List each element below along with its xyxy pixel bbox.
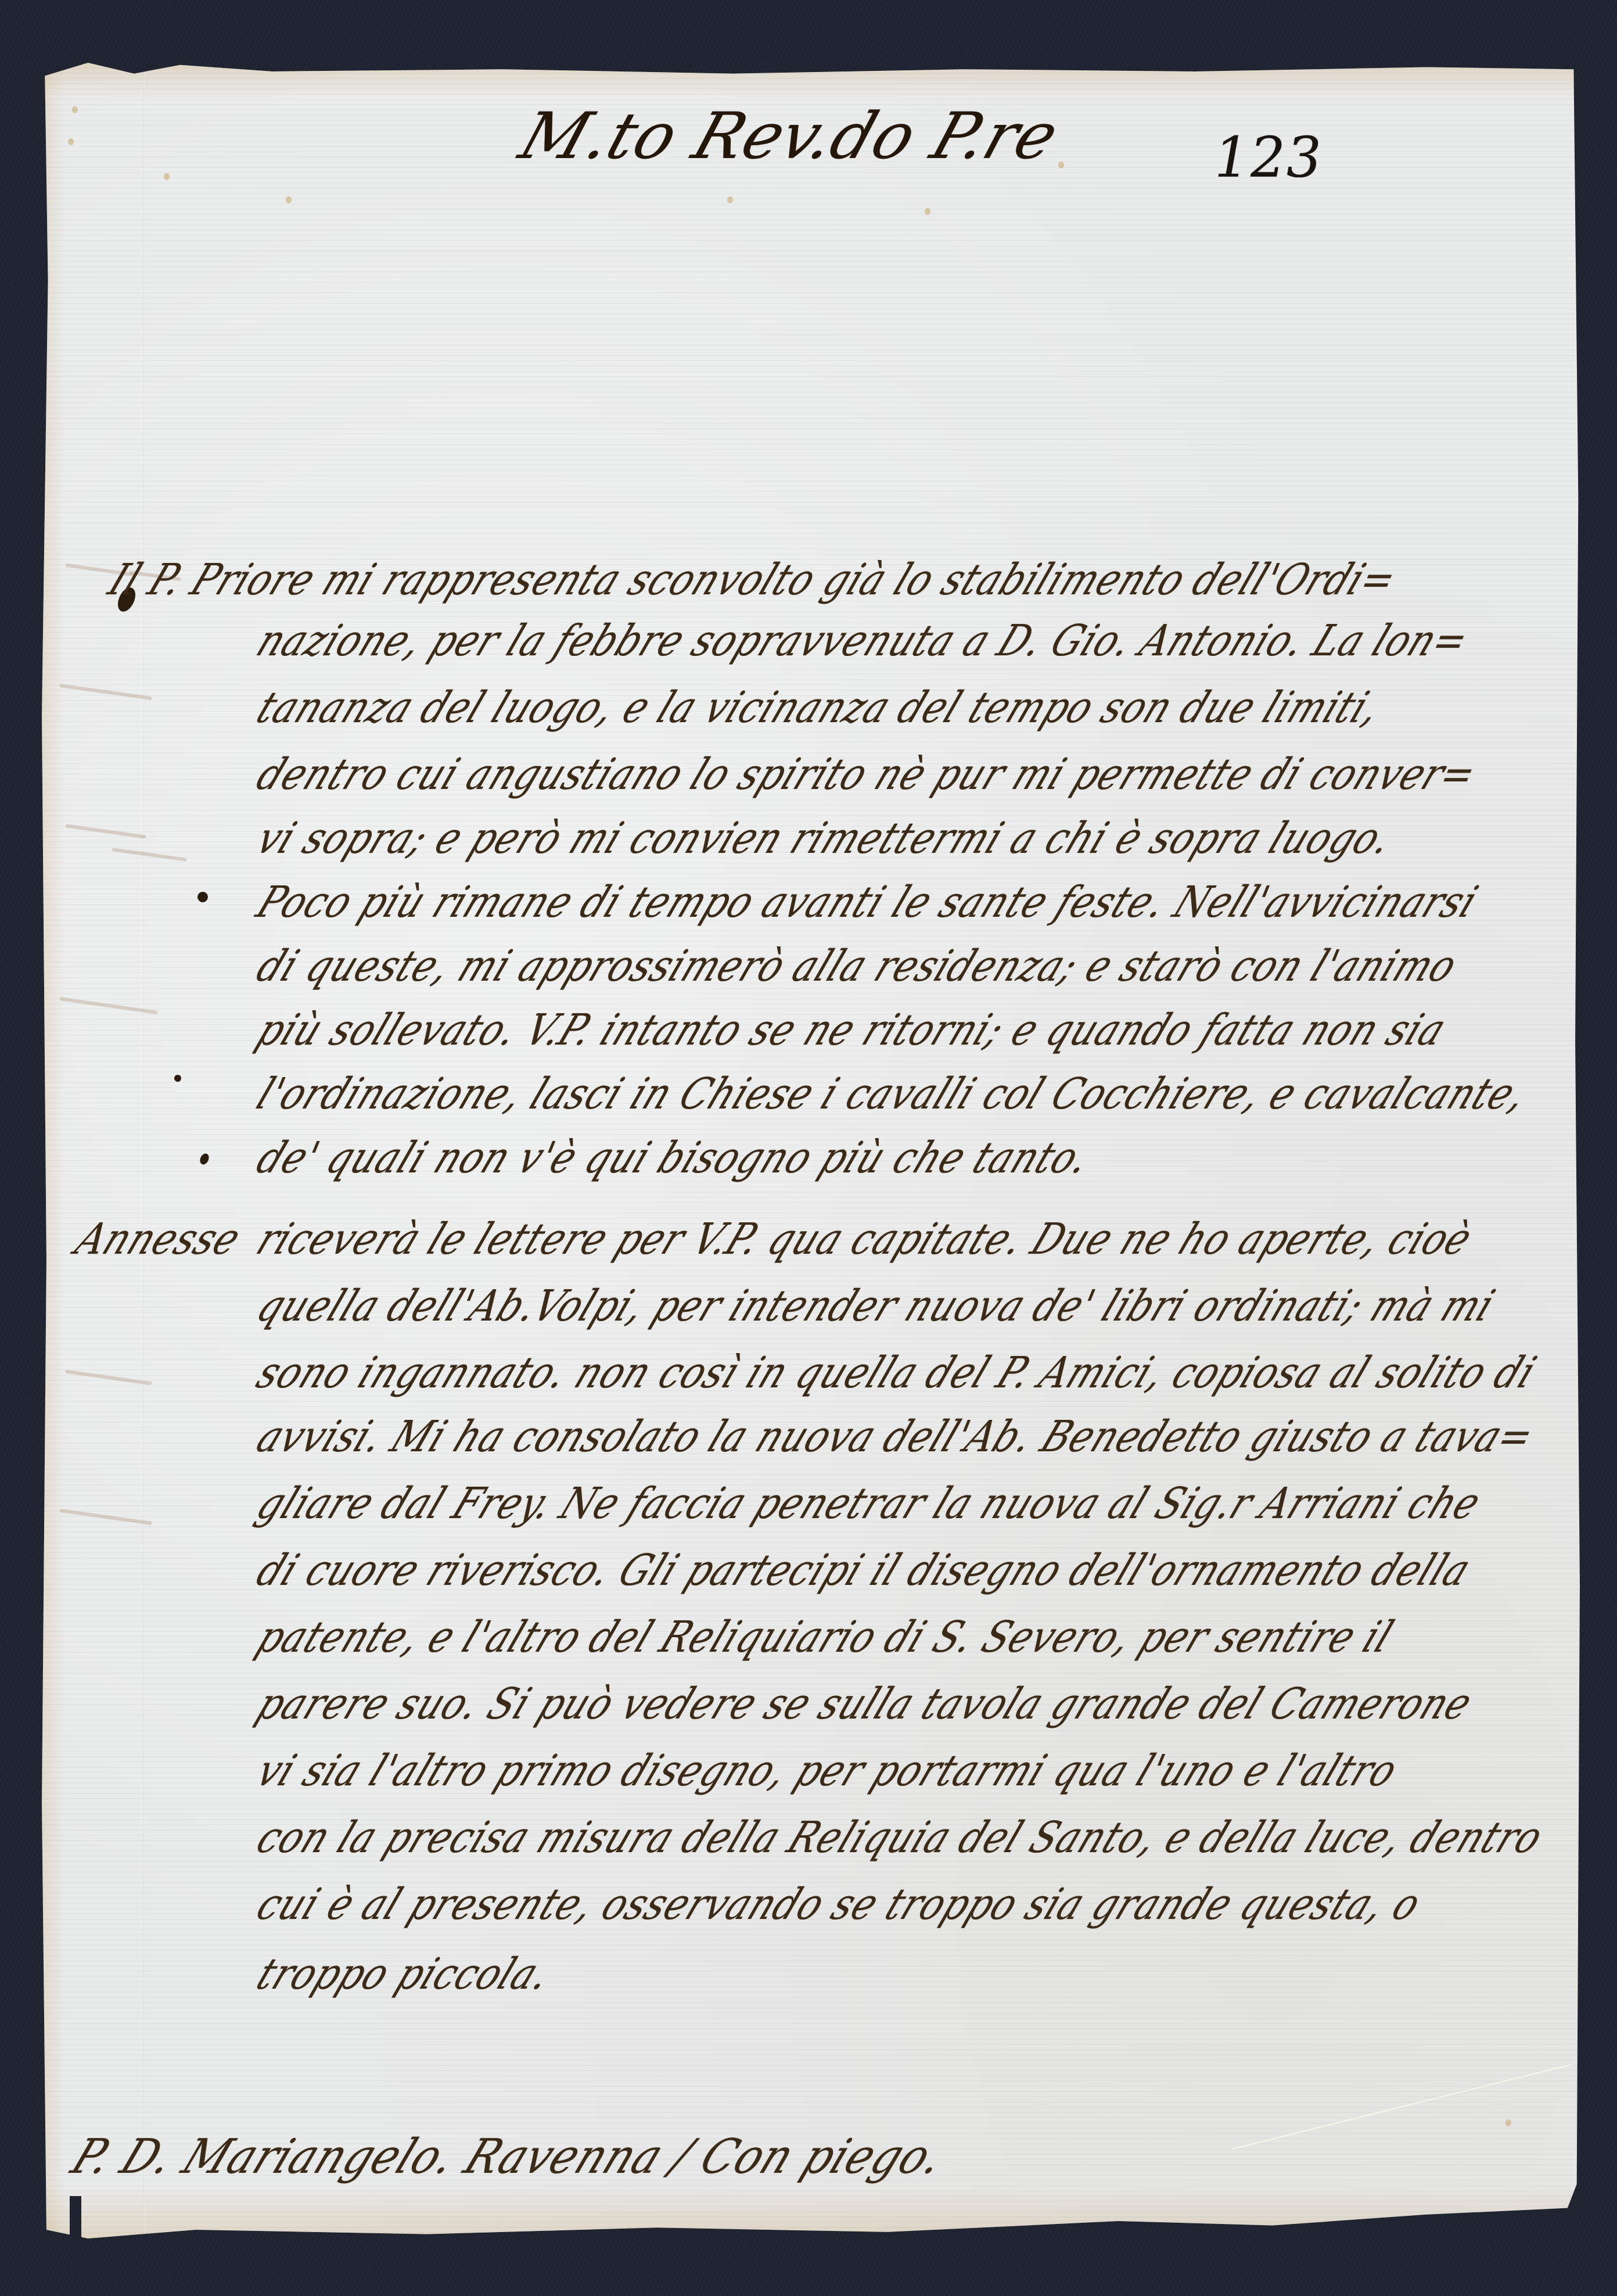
foxing-spot	[727, 196, 733, 203]
text-line: parere suo. Si può vedere se sulla tavol…	[250, 1679, 1479, 1729]
text-line: dentro cui angustiano lo spirito nè pur …	[250, 749, 1484, 799]
text-line: di cuore riverisco. Gli partecipi il dis…	[250, 1545, 1478, 1595]
text-line: nazione, per la febbre sopravvenuta a D.…	[250, 616, 1476, 666]
ink-bleed-through	[59, 1509, 152, 1525]
paper-fold-line	[143, 63, 145, 2238]
text-line: Il P. Priore mi rappresenta sconvolto gi…	[102, 555, 1404, 605]
foxing-spot	[1058, 162, 1064, 168]
text-line: con la precisa misura della Reliquia del…	[250, 1813, 1550, 1863]
text-line: di queste, mi approssimerò alla residenz…	[250, 941, 1464, 991]
text-line: quella dell'Ab.Volpi, per intender nuova…	[250, 1281, 1502, 1331]
text-line: sono ingannato. non così in quella del P…	[250, 1348, 1543, 1398]
ink-bleed-through	[59, 684, 152, 700]
text-line: vi sia l'altro primo disegno, per portar…	[250, 1746, 1405, 1796]
ink-bleed-through	[65, 1370, 152, 1386]
foxing-spot	[68, 138, 74, 145]
address-line: P. D. Mariangelo. Ravenna / Con piego.	[64, 2129, 953, 2184]
paper-edge-stain-top	[42, 63, 1580, 98]
folio-number: 123	[1208, 125, 1328, 190]
text-line: più sollevato. V.P. intanto se ne ritorn…	[250, 1005, 1453, 1055]
paper-crease	[1232, 2064, 1571, 2150]
text-line: avvisi. Mi ha consolato la nuova dell'Ab…	[250, 1412, 1541, 1462]
foxing-spot	[1447, 2218, 1453, 2225]
paper-tear	[70, 2196, 81, 2243]
foxing-spot	[164, 173, 170, 180]
text-line: de' quali non v'è qui bisogno più che ta…	[250, 1133, 1098, 1183]
text-line: l'ordinazione, lasci in Chiese i cavalli…	[250, 1069, 1535, 1119]
salutation: M.to Rev.do P.re	[511, 99, 1068, 173]
margin-note: Annesse	[69, 1214, 248, 1264]
foxing-spot	[286, 196, 292, 203]
text-line: gliare dal Frey. Ne faccia penetrar la n…	[250, 1479, 1488, 1529]
text-line: cui è al presente, osservando se troppo …	[250, 1879, 1428, 1929]
text-line: tananza del luogo, e la vicinanza del te…	[250, 683, 1388, 733]
paper-edge-stain-bottom	[42, 2186, 1580, 2238]
text-line: patente, e l'altro del Reliquiario di S.…	[250, 1612, 1400, 1662]
text-line: Poco più rimane di tempo avanti le sante…	[250, 877, 1485, 927]
foxing-spot	[1505, 2119, 1511, 2126]
foxing-spot	[925, 208, 930, 215]
text-line: troppo piccola.	[250, 1949, 558, 1999]
paper-edge-stain-left	[42, 63, 65, 2238]
text-line: vi sopra; e però mi convien rimettermi a…	[250, 813, 1400, 863]
ink-bleed-through	[65, 824, 146, 838]
text-line: riceverà le lettere per V.P. qua capitat…	[250, 1214, 1479, 1264]
foxing-spot	[72, 106, 78, 113]
ink-bleed-through	[112, 848, 187, 862]
